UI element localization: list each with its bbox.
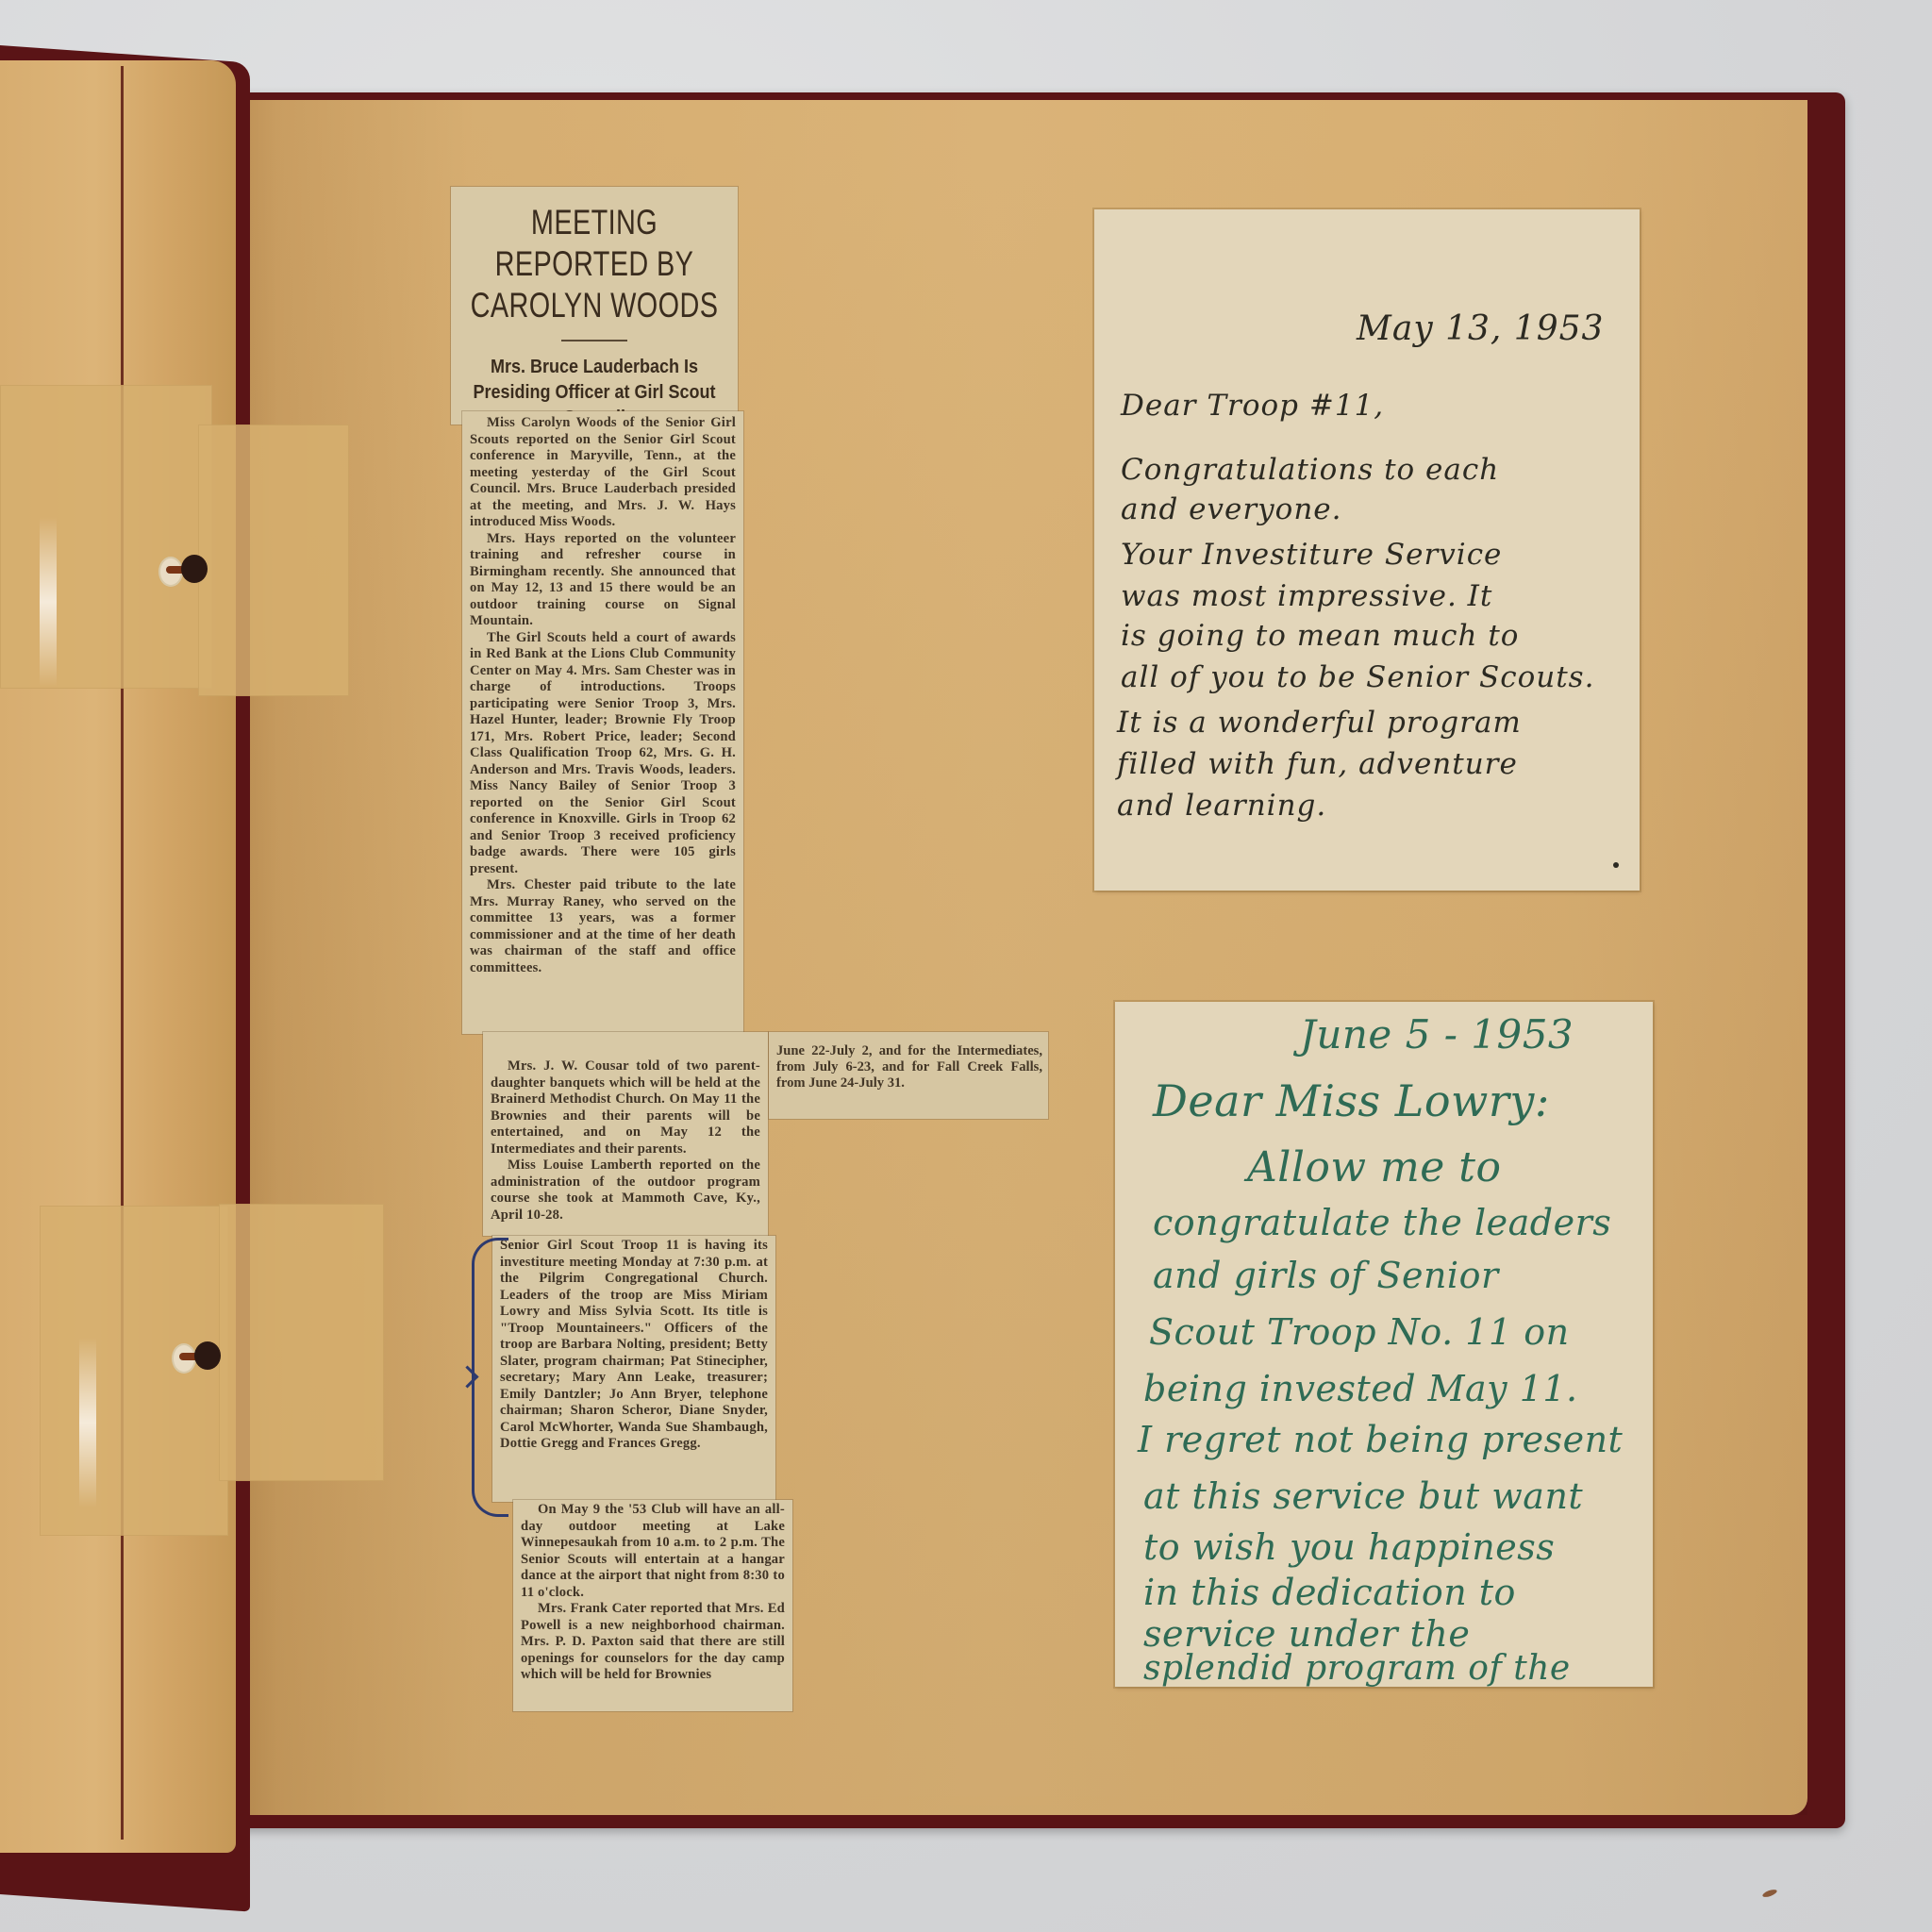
continuation-text: June 22-July 2, and for the Intermediate… [776,1043,1042,1091]
clipping-paragraph: Mrs. Frank Cater reported that Mrs. Ed P… [521,1601,785,1684]
clipping-paragraph: Mrs. J. W. Cousar told of two parent-dau… [491,1058,760,1158]
pen-bracket-mark [472,1238,508,1517]
folded-pages-stack [0,60,236,1853]
binding-knot [181,555,208,583]
letter-line: I regret not being present [1138,1419,1623,1460]
letter-date: June 5 - 1953 [1300,1011,1574,1058]
letter-salutation: Dear Miss Lowry: [1153,1075,1550,1126]
letter-date: May 13, 1953 [1357,309,1604,348]
letter-line: all of you to be Senior Scouts. [1121,660,1594,694]
clipping-paragraph: On May 9 the '53 Club will have an all-d… [521,1502,785,1601]
ink-dot [1613,862,1619,868]
newspaper-clipping-continuation: June 22-July 2, and for the Intermediate… [769,1032,1048,1119]
letter-line: Allow me to [1247,1143,1501,1191]
letter-line: Congratulations to each [1121,453,1499,487]
letter-line: and learning. [1117,789,1326,823]
newspaper-clipping-body-4: On May 9 the '53 Club will have an all-d… [513,1500,792,1711]
letter-line: and girls of Senior [1153,1255,1499,1296]
clipping-paragraph: Miss Carolyn Woods of the Senior Girl Sc… [470,415,736,531]
letter-line: It is a wonderful program [1117,706,1522,740]
letter-line: to wish you happiness [1143,1526,1555,1568]
letter-line: Scout Troop No. 11 on [1149,1311,1570,1353]
headline-rule [561,340,627,341]
newspaper-clipping-body-3: Senior Girl Scout Troop 11 is having its… [492,1236,775,1502]
letter-line: in this dedication to [1143,1572,1516,1613]
page-crease [121,66,124,1840]
newspaper-clipping-header: MEETING REPORTED BY CAROLYN WOODS Mrs. B… [451,187,738,425]
letter-line: was most impressive. It [1121,579,1492,613]
letter-line: is going to mean much to [1121,619,1519,653]
letter-line: filled with fun, adventure [1117,747,1518,781]
letter-line: at this service but want [1143,1475,1583,1517]
tape-strip-upper-left [0,385,212,689]
binding-post-icon [172,1338,219,1374]
tape-strip-upper-right [198,425,349,696]
clipping-headline: MEETING REPORTED BY CAROLYN WOODS [453,202,736,326]
handwritten-letter-may-13: May 13, 1953 Dear Troop #11, Congratulat… [1094,209,1640,891]
clipping-paragraph: The Girl Scouts held a court of awards i… [470,630,736,878]
letter-line: and everyone. [1121,492,1342,526]
letter-line: splendid program of the [1143,1649,1571,1688]
clipping-paragraph: Miss Louise Lamberth reported on the adm… [491,1158,760,1224]
handwritten-letter-june-5: June 5 - 1953 Dear Miss Lowry: Allow me … [1115,1002,1653,1687]
clipping-paragraph-troop-11: Senior Girl Scout Troop 11 is having its… [500,1238,768,1453]
newspaper-clipping-body-2: Mrs. J. W. Cousar told of two parent-dau… [483,1032,768,1236]
letter-line: being invested May 11. [1143,1368,1578,1409]
binding-knot [194,1341,221,1370]
newspaper-clipping-body-1: Miss Carolyn Woods of the Senior Girl Sc… [462,411,743,1034]
binding-post-icon [158,551,206,587]
tape-strip-lower-right [219,1204,384,1481]
letter-salutation: Dear Troop #11, [1121,389,1384,423]
clipping-paragraph: Mrs. Chester paid tribute to the late Mr… [470,877,736,976]
letter-line: congratulate the leaders [1153,1202,1611,1243]
letter-line: Your Investiture Service [1121,538,1502,572]
debris-speck [1761,1888,1777,1898]
clipping-paragraph: Mrs. Hays reported on the volunteer trai… [470,531,736,630]
